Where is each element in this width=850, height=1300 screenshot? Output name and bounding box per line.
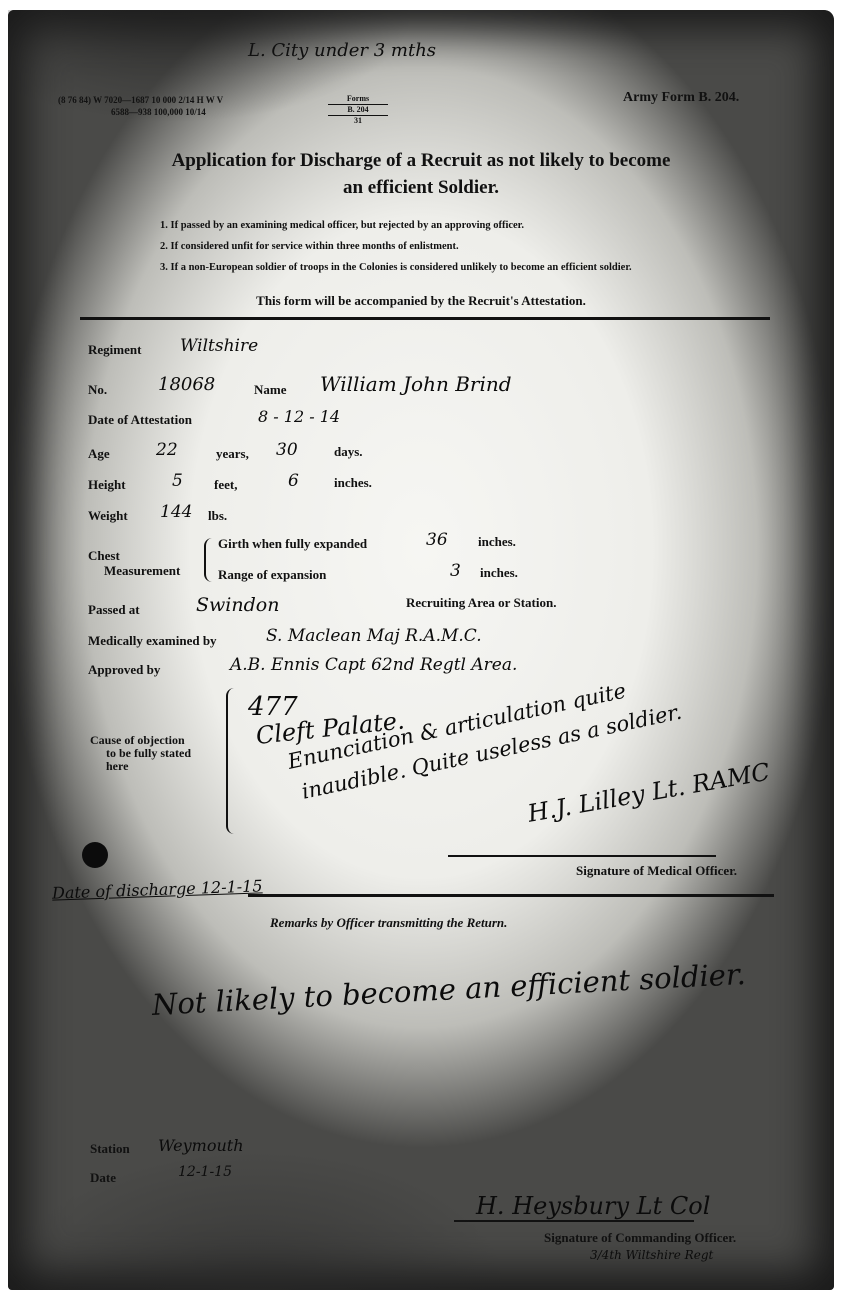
- recruiting-area-label: Recruiting Area or Station.: [406, 595, 556, 611]
- remarks-divider: [248, 894, 774, 897]
- station-label: Station: [90, 1141, 130, 1157]
- co-signature-line: [454, 1220, 694, 1222]
- medically-examined-value: S. Maclean Maj R.A.M.C.: [266, 626, 482, 646]
- medical-signature-line: [448, 855, 716, 857]
- form-page: L. City under 3 mths (8 76 84) W 7020—16…: [8, 10, 834, 1290]
- weight-value: 144: [160, 502, 192, 522]
- range-value: 3: [450, 561, 461, 581]
- regiment-value: Wiltshire: [180, 336, 258, 356]
- girth-unit: inches.: [478, 534, 516, 550]
- medical-officer-signature: H.J. Lilley Lt. RAMC: [526, 758, 772, 828]
- punch-hole: [82, 842, 108, 868]
- condition-3: 3. If a non-European soldier of troops i…: [160, 257, 632, 278]
- form-id: Army Form B. 204.: [623, 90, 739, 106]
- station-value: Weymouth: [158, 1136, 244, 1155]
- objection-bracket: [226, 688, 236, 834]
- height-inches-value: 6: [288, 471, 299, 491]
- objection-label-line3: here: [90, 760, 191, 773]
- co-signature-caption: Signature of Commanding Officer.: [544, 1230, 736, 1246]
- number-label: No.: [88, 382, 107, 398]
- date-label: Date: [90, 1170, 116, 1186]
- passed-at-value: Swindon: [196, 594, 279, 616]
- regiment-label: Regiment: [88, 342, 141, 358]
- chest-label-line1: Chest: [88, 548, 120, 564]
- height-inches-unit: inches.: [334, 475, 372, 491]
- range-label: Range of expansion: [218, 567, 326, 583]
- form-title-line1: Application for Discharge of a Recruit a…: [8, 150, 834, 172]
- girth-label: Girth when fully expanded: [218, 536, 367, 552]
- age-days-value: 30: [276, 440, 298, 460]
- height-feet-value: 5: [172, 471, 183, 491]
- co-unit: 3/4th Wiltshire Regt: [590, 1248, 713, 1262]
- header-divider: [80, 317, 770, 320]
- girth-value: 36: [426, 530, 448, 550]
- attestation-date-value: 8 - 12 - 14: [258, 407, 340, 426]
- medically-examined-label: Medically examined by: [88, 633, 217, 649]
- condition-1: 1. If passed by an examining medical off…: [160, 215, 632, 236]
- range-unit: inches.: [480, 565, 518, 581]
- passed-at-label: Passed at: [88, 602, 140, 618]
- forms-code: B. 204: [328, 105, 388, 116]
- conditions-list: 1. If passed by an examining medical off…: [160, 215, 632, 278]
- attestation-note: This form will be accompanied by the Rec…: [8, 293, 834, 309]
- chest-label-line2: Measurement: [104, 563, 180, 579]
- print-codes-line1: (8 76 84) W 7020—1687 10 000 2/14 H W V: [58, 95, 223, 105]
- medical-signature-caption: Signature of Medical Officer.: [576, 863, 737, 879]
- forms-number: 31: [328, 116, 388, 126]
- age-days-unit: days.: [334, 444, 363, 460]
- discharge-date: Date of discharge 12-1-15: [52, 876, 263, 902]
- name-label: Name: [254, 382, 287, 398]
- weight-unit: lbs.: [208, 508, 227, 524]
- height-label: Height: [88, 477, 126, 493]
- forms-code-block: Forms B. 204 31: [328, 94, 388, 126]
- age-label: Age: [88, 446, 110, 462]
- chest-bracket: [204, 538, 212, 582]
- date-value: 12-1-15: [178, 1164, 232, 1180]
- name-value: William John Brind: [320, 372, 512, 396]
- approved-by-value: A.B. Ennis Capt 62nd Regtl Area.: [230, 655, 517, 675]
- forms-label: Forms: [328, 94, 388, 105]
- age-years-value: 22: [156, 440, 178, 460]
- commanding-officer-signature: H. Heysbury Lt Col: [476, 1192, 710, 1220]
- top-annotation: L. City under 3 mths: [248, 40, 436, 61]
- remarks-heading: Remarks by Officer transmitting the Retu…: [270, 915, 507, 931]
- number-value: 18068: [158, 374, 215, 395]
- approved-by-label: Approved by: [88, 662, 160, 678]
- objection-label: Cause of objection to be fully stated he…: [90, 734, 191, 773]
- print-codes-line2: 6588—938 100,000 10/14: [111, 107, 206, 117]
- height-feet-unit: feet,: [214, 477, 237, 493]
- form-title-line2: an efficient Soldier.: [8, 177, 834, 199]
- remarks-text: Not likely to become an efficient soldie…: [151, 957, 746, 1022]
- age-years-unit: years,: [216, 446, 249, 462]
- condition-2: 2. If considered unfit for service withi…: [160, 236, 632, 257]
- attestation-date-label: Date of Attestation: [88, 412, 192, 428]
- weight-label: Weight: [88, 508, 128, 524]
